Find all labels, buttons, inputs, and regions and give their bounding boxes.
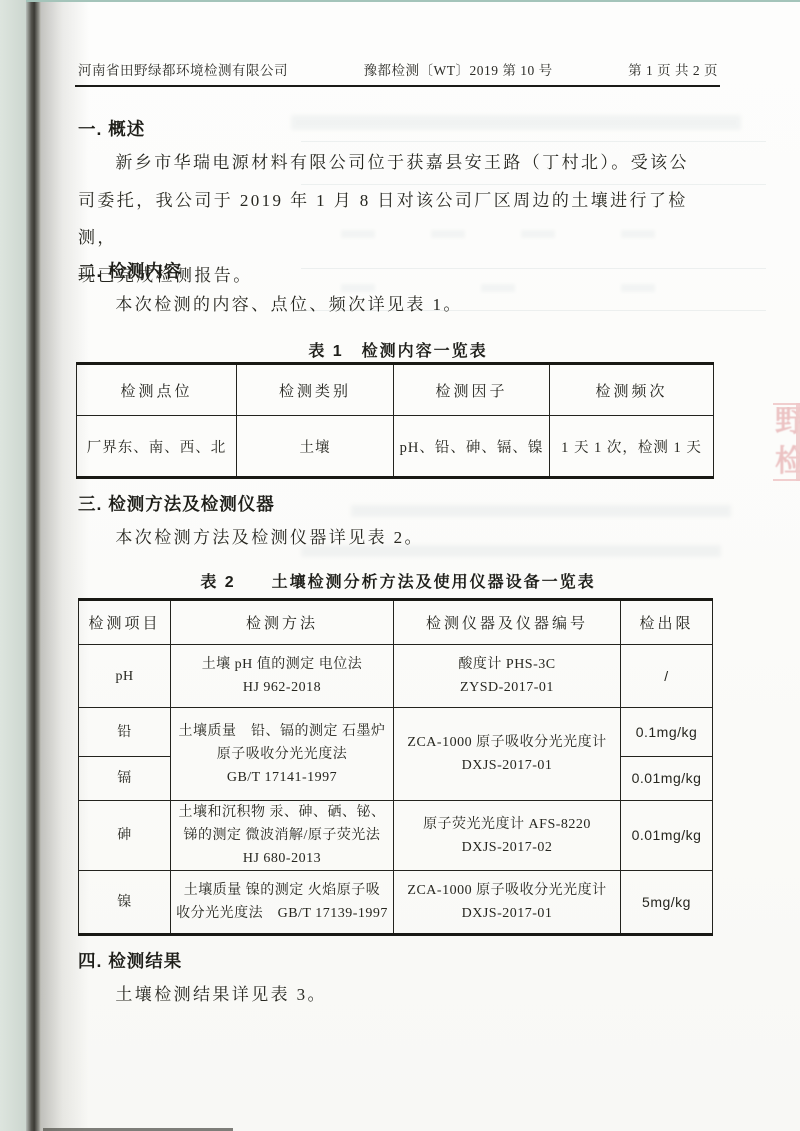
page-header: 河南省田野绿都环境检测有限公司 豫都检测〔WT〕2019 第 10 号 第 1 … xyxy=(78,59,718,79)
table-1-data-row: 厂界东、南、西、北 土壤 pH、铅、砷、镉、镍 1 天 1 次，检测 1 天 xyxy=(77,416,714,478)
t2-limit: 0.01mg/kg xyxy=(621,801,713,871)
t1-col-header: 检测类别 xyxy=(237,364,394,416)
table-1-detection-content: 检测点位 检测类别 检测因子 检测频次 厂界东、南、西、北 土壤 pH、铅、砷、… xyxy=(76,362,714,479)
table-2-methods-instruments: 检测项目 检测方法 检测仪器及仪器编号 检出限 pH 土壤 pH 值的测定 电位… xyxy=(78,598,713,936)
stamp-edge-smear xyxy=(796,403,800,481)
t2-limit: 5mg/kg xyxy=(621,871,713,935)
t2-instrument-merged: ZCA-1000 原子吸收分光光度计 DXJS-2017-01 xyxy=(394,708,621,801)
section-2-paragraph: 本次检测的内容、点位、频次详见表 1。 xyxy=(78,286,718,324)
paper: 野 检 河南省田野绿都环境检测有限公司 豫都检测〔WT〕2019 第 10 号 … xyxy=(41,2,800,1131)
table-2-row-ph: pH 土壤 pH 值的测定 电位法 HJ 962-2018 酸度计 PHS-3C… xyxy=(79,645,713,708)
table-2-row-arsenic: 砷 土壤和沉积物 汞、砷、硒、铋、 锑的测定 微波消解/原子荧光法 HJ 680… xyxy=(79,801,713,871)
t2-item: pH xyxy=(79,645,171,708)
t1-col-header: 检测因子 xyxy=(394,364,550,416)
t1-cell-point: 厂界东、南、西、北 xyxy=(77,416,237,478)
document-number: 豫都检测〔WT〕2019 第 10 号 xyxy=(364,59,553,79)
section-4-paragraph: 土壤检测结果详见表 3。 xyxy=(78,976,718,1014)
t2-instrument: ZCA-1000 原子吸收分光光度计 DXJS-2017-01 xyxy=(394,871,621,935)
header-rule xyxy=(75,85,720,87)
section-3-paragraph: 本次检测方法及检测仪器详见表 2。 xyxy=(78,519,718,557)
t2-item: 镉 xyxy=(79,757,171,801)
t1-col-header: 检测频次 xyxy=(550,364,714,416)
t1-cell-frequency: 1 天 1 次，检测 1 天 xyxy=(550,416,714,478)
t1-cell-factors: pH、铅、砷、镉、镍 xyxy=(394,416,550,478)
table-1-title: 表 1 检测内容一览表 xyxy=(78,338,718,361)
t2-limit: 0.1mg/kg xyxy=(621,708,713,757)
table-2-title: 表 2 土壤检测分析方法及使用仪器设备一览表 xyxy=(78,569,718,592)
table-2-row-lead: 铅 土壤质量 铅、镉的测定 石墨炉 原子吸收分光光度法 GB/T 17141-1… xyxy=(79,708,713,757)
t2-limit: 0.01mg/kg xyxy=(621,757,713,801)
t2-col-header: 检测仪器及仪器编号 xyxy=(394,600,621,645)
section-4-heading: 四. 检测结果 xyxy=(78,948,182,973)
company-name: 河南省田野绿都环境检测有限公司 xyxy=(78,59,288,79)
t2-method: 土壤质量 镍的测定 火焰原子吸 收分光光度法 GB/T 17139-1997 xyxy=(171,871,394,935)
t2-instrument: 原子荧光光度计 AFS-8220 DXJS-2017-02 xyxy=(394,801,621,871)
t2-item: 砷 xyxy=(79,801,171,871)
t2-col-header: 检测方法 xyxy=(171,600,394,645)
t2-method: 土壤和沉积物 汞、砷、硒、铋、 锑的测定 微波消解/原子荧光法 HJ 680-2… xyxy=(171,801,394,871)
t2-item: 铅 xyxy=(79,708,171,757)
t2-item: 镍 xyxy=(79,871,171,935)
table-1-header-row: 检测点位 检测类别 检测因子 检测频次 xyxy=(77,364,714,416)
table-2-header-row: 检测项目 检测方法 检测仪器及仪器编号 检出限 xyxy=(79,600,713,645)
t1-cell-category: 土壤 xyxy=(237,416,394,478)
document-content: 河南省田野绿都环境检测有限公司 豫都检测〔WT〕2019 第 10 号 第 1 … xyxy=(78,2,718,1131)
t2-limit: / xyxy=(621,645,713,708)
scanner-edge-left xyxy=(0,0,26,1131)
page-binding-shadow xyxy=(26,2,41,1131)
t1-col-header: 检测点位 xyxy=(77,364,237,416)
t2-col-header: 检测项目 xyxy=(79,600,171,645)
t2-col-header: 检出限 xyxy=(621,600,713,645)
section-3-heading: 三. 检测方法及检测仪器 xyxy=(78,491,275,516)
scanned-document-page: 野 检 河南省田野绿都环境检测有限公司 豫都检测〔WT〕2019 第 10 号 … xyxy=(0,0,800,1131)
t2-method: 土壤 pH 值的测定 电位法 HJ 962-2018 xyxy=(171,645,394,708)
t2-instrument: 酸度计 PHS-3C ZYSD-2017-01 xyxy=(394,645,621,708)
section-1-heading: 一. 概述 xyxy=(78,116,145,141)
t2-method-merged: 土壤质量 铅、镉的测定 石墨炉 原子吸收分光光度法 GB/T 17141-199… xyxy=(171,708,394,801)
section-2-heading: 二. 检测内容 xyxy=(78,258,182,283)
page-number: 第 1 页 共 2 页 xyxy=(628,59,718,79)
table-2-row-nickel: 镍 土壤质量 镍的测定 火焰原子吸 收分光光度法 GB/T 17139-1997… xyxy=(79,871,713,935)
